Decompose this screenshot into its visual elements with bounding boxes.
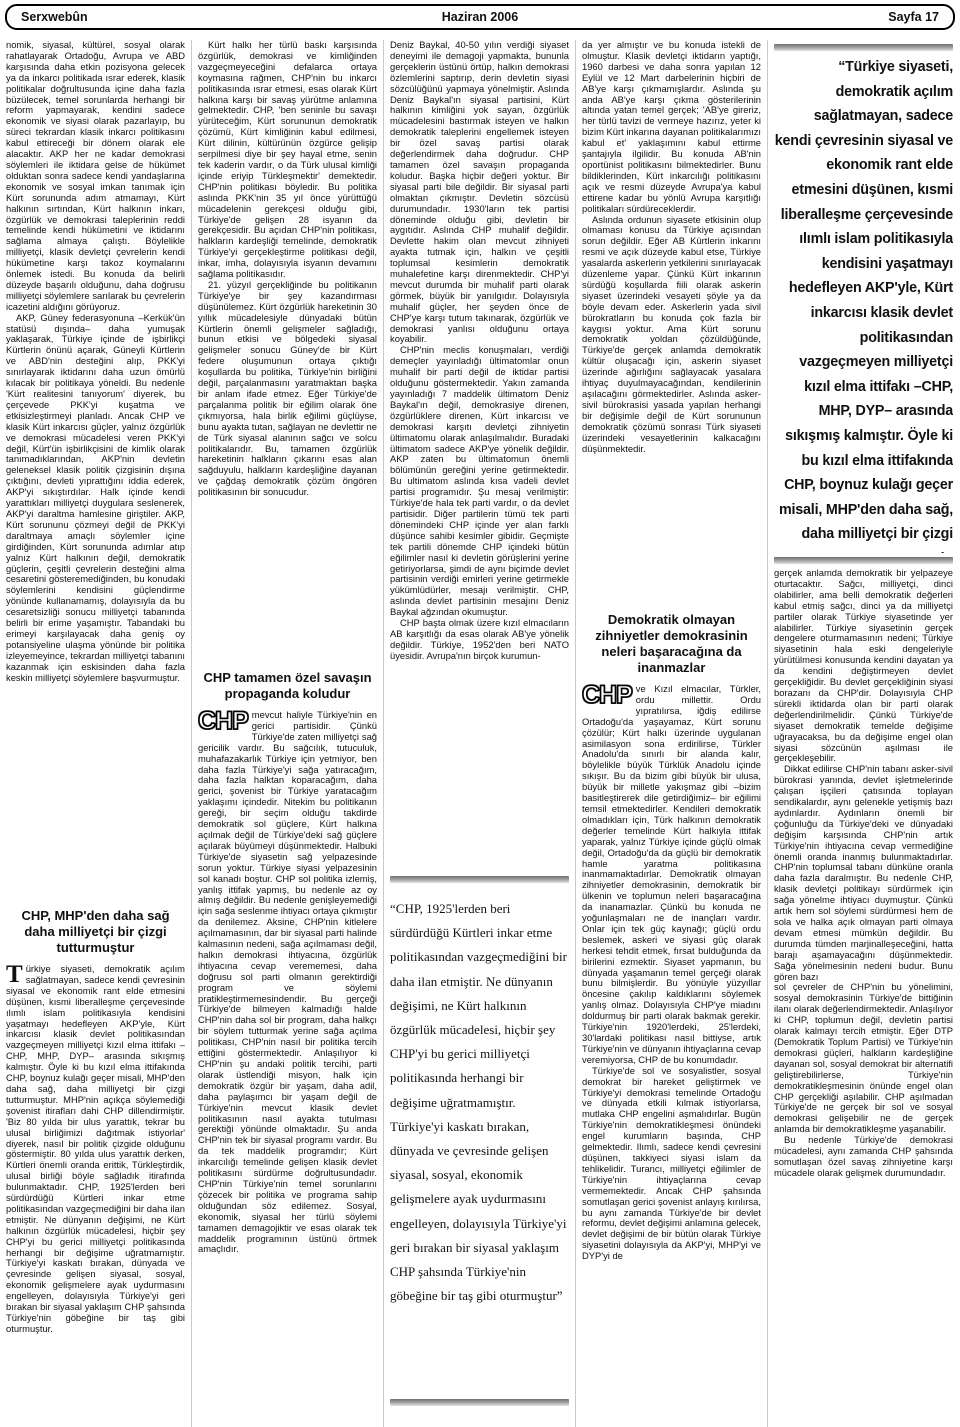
body-paragraph: CHPmevcut haliyle Türkiye'nin en gerici …: [198, 710, 377, 1255]
body-paragraph: Kürt halkı her türlü baskı karşısında öz…: [198, 40, 377, 280]
body-paragraph: da yer almıştır ve bu konuda istekli de …: [582, 40, 761, 215]
column-3: Deniz Baykal, 40-50 yılın verdiği siyase…: [390, 40, 576, 1427]
column-5: “Türkiye siyaseti, demokratik açılım sağ…: [774, 40, 953, 1427]
body-paragraph: CHPve Kızıl elmacılar, Türkler, ordu mil…: [582, 684, 761, 1066]
headline-chp-mhp: CHP, MHP'den daha sağ daha milliyetçi bi…: [8, 908, 183, 956]
drop-cap-T: T: [6, 964, 26, 985]
column-4-body: da yer almıştır ve bu konuda istekli de …: [582, 40, 761, 602]
body-paragraph: sol çevreler de CHP'nin bu yönelimini, s…: [774, 982, 953, 1135]
drop-cap-CHP: CHP: [198, 710, 252, 732]
masthead-bar: Serxwebûn Haziran 2006 Sayfa 17: [5, 4, 955, 30]
masthead-page-number: Sayfa 17: [888, 10, 939, 24]
masthead-date: Haziran 2006: [7, 10, 953, 24]
body-paragraph: Bu nedenle Türkiye'de demokrasi mücadele…: [774, 1135, 953, 1179]
paragraph-text: ve Kızıl elmacılar, Türkler, ordu millet…: [582, 683, 761, 1065]
headline-demokratik-olmayan: Demokratik olmayan zihniyetler demokrasi…: [584, 612, 759, 676]
pull-quote-1925: “CHP, 1925'lerden beri sürdürdüğü Kürtle…: [390, 897, 569, 1389]
section-divider: [390, 876, 569, 883]
paragraph-text: ürkiye siyaseti, demokratik açılım sağla…: [6, 963, 185, 1334]
body-paragraph: 21. yüzyıl gerçekliğinde bu politikanın …: [198, 280, 377, 498]
headline-propaganda: CHP tamamen özel savaşın propaganda kolu…: [200, 670, 375, 702]
body-paragraph: gerçek anlamda demokratik bir yelpazeye …: [774, 568, 953, 764]
masthead-title: Serxwebûn: [21, 10, 88, 24]
body-paragraph: nomik, siyasal, kültürel, sosyal olarak …: [6, 40, 185, 313]
section-divider: [774, 44, 953, 51]
section-divider: [774, 557, 953, 564]
article-columns: nomik, siyasal, kültürel, sosyal olarak …: [6, 40, 954, 1427]
column-1: nomik, siyasal, kültürel, sosyal olarak …: [6, 40, 192, 1427]
body-paragraph: CHP'nin meclis konuşmaları, verdiği deme…: [390, 345, 569, 618]
column-2: Kürt halkı her türlü baskı karşısında öz…: [198, 40, 384, 1427]
paragraph-text: mevcut haliyle Türkiye'nin en gerici par…: [198, 709, 377, 1254]
body-paragraph: CHP başta olmak üzere kızıl elmacıların …: [390, 618, 569, 662]
body-paragraph: Aslında ordunun siyasete etkisinin olup …: [582, 215, 761, 455]
column-4: da yer almıştır ve bu konuda istekli de …: [582, 40, 768, 1427]
pull-quote-turkiye-siyaseti: “Türkiye siyaseti, demokratik açılım sağ…: [774, 55, 953, 553]
body-paragraph: Deniz Baykal, 40-50 yılın verdiği siyase…: [390, 40, 569, 345]
body-paragraph: Türkiye siyaseti, demokratik açılım sağl…: [6, 964, 185, 1335]
column-3-body: Deniz Baykal, 40-50 yılın verdiği siyase…: [390, 40, 569, 872]
column-1-body: nomik, siyasal, kültürel, sosyal olarak …: [6, 40, 185, 898]
body-paragraph: Dikkat edilirse CHP'nin tabanı asker-siv…: [774, 764, 953, 982]
column-2-body: Kürt halkı her türlü baskı karşısında öz…: [198, 40, 377, 660]
body-paragraph: Türkiye'de sol ve sosyalistler, sosyal d…: [582, 1066, 761, 1262]
drop-cap-CHP: CHP: [582, 684, 636, 706]
section-divider: [390, 1399, 569, 1406]
newspaper-page: Serxwebûn Haziran 2006 Sayfa 17 nomik, s…: [0, 0, 960, 1427]
body-paragraph: AKP, Güney federasyonuna –Kerkük'ün stat…: [6, 313, 185, 684]
